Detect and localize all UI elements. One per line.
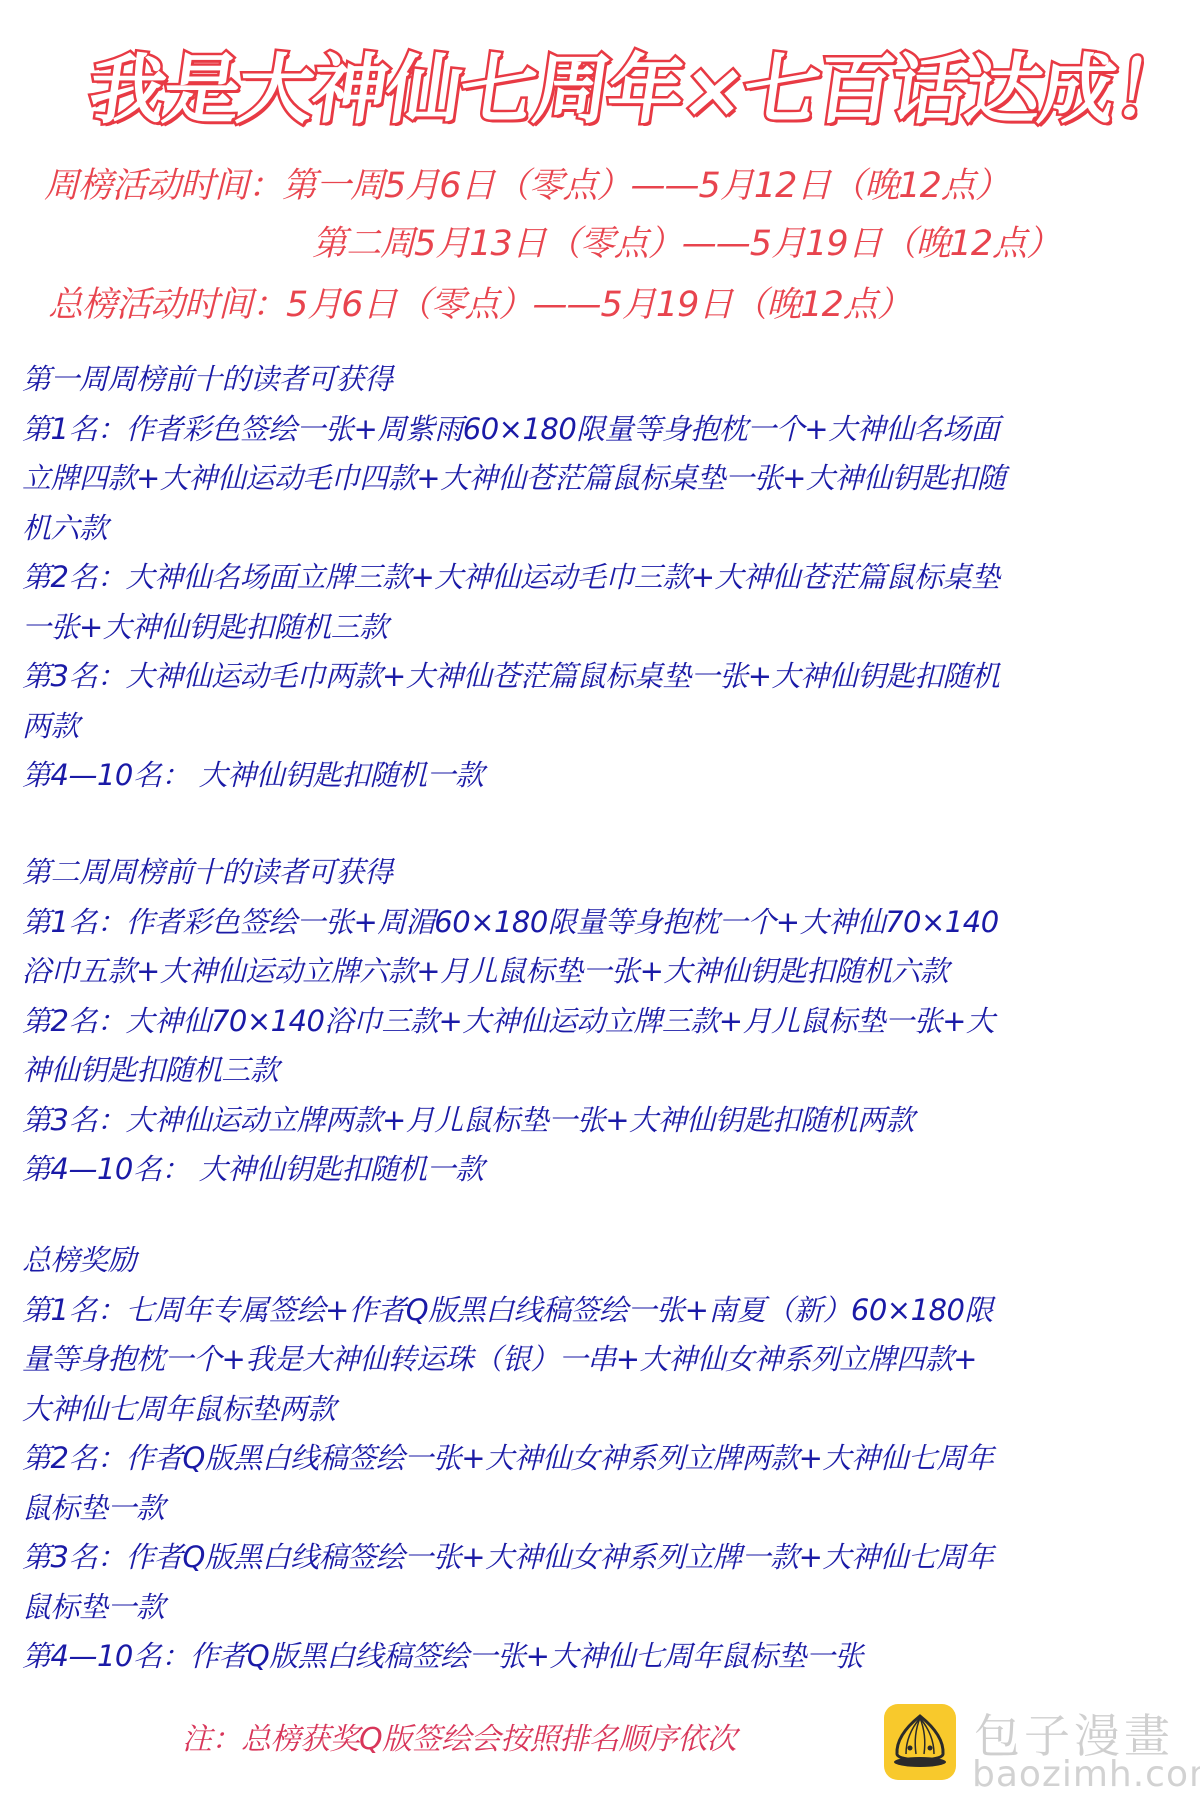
reward-line: 第1名：作者彩色签绘一张+周紫雨60×180限量等身抱枕一个+大神仙名场面 — [22, 405, 1182, 455]
watermark: 包子漫畫 baozimh.com — [884, 1704, 1194, 1804]
bun-logo-icon — [884, 1704, 956, 1780]
weekly-schedule-week1: 周榜活动时间：第一周5月6日（零点）——5月12日（晚12点） — [44, 164, 1009, 208]
week2-rewards-section: 第二周周榜前十的读者可获得 第1名：作者彩色签绘一张+周湄60×180限量等身抱… — [22, 848, 1182, 1195]
section-heading: 第一周周榜前十的读者可获得 — [22, 355, 1182, 405]
reward-line: 第4—10名： 大神仙钥匙扣随机一款 — [22, 1145, 1182, 1195]
section-heading: 总榜奖励 — [22, 1236, 1182, 1286]
reward-line: 鼠标垫一款 — [22, 1484, 1182, 1534]
weekly-schedule-label: 周榜活动时间： — [44, 166, 282, 206]
reward-line: 第2名：大神仙名场面立牌三款+大神仙运动毛巾三款+大神仙苍茫篇鼠标桌垫 — [22, 553, 1182, 603]
total-rewards-section: 总榜奖励 第1名：七周年专属签绘+作者Q版黑白线稿签绘一张+南夏（新）60×18… — [22, 1236, 1182, 1682]
reward-line: 鼠标垫一款 — [22, 1583, 1182, 1633]
reward-line: 立牌四款+大神仙运动毛巾四款+大神仙苍茫篇鼠标桌垫一张+大神仙钥匙扣随 — [22, 454, 1182, 504]
total-schedule: 总榜活动时间：5月6日（零点）——5月19日（晚12点） — [48, 283, 911, 327]
reward-line: 浴巾五款+大神仙运动立牌六款+月儿鼠标垫一张+大神仙钥匙扣随机六款 — [22, 947, 1182, 997]
reward-line: 第3名：作者Q版黑白线稿签绘一张+大神仙女神系列立牌一款+大神仙七周年 — [22, 1533, 1182, 1583]
footnote: 注：总榜获奖Q版签绘会按照排名顺序依次 — [182, 1714, 736, 1758]
reward-line: 第1名：七周年专属签绘+作者Q版黑白线稿签绘一张+南夏（新）60×180限 — [22, 1286, 1182, 1336]
week1-rewards-section: 第一周周榜前十的读者可获得 第1名：作者彩色签绘一张+周紫雨60×180限量等身… — [22, 355, 1182, 801]
week1-dates: 第一周5月6日（零点）——5月12日（晚12点） — [282, 166, 1009, 206]
reward-line: 第1名：作者彩色签绘一张+周湄60×180限量等身抱枕一个+大神仙70×140 — [22, 898, 1182, 948]
reward-line: 第3名：大神仙运动立牌两款+月儿鼠标垫一张+大神仙钥匙扣随机两款 — [22, 1096, 1182, 1146]
reward-line: 第2名：大神仙70×140浴巾三款+大神仙运动立牌三款+月儿鼠标垫一张+大 — [22, 997, 1182, 1047]
reward-line: 机六款 — [22, 504, 1182, 554]
total-schedule-label: 总榜活动时间： — [48, 285, 286, 325]
reward-line: 第3名：大神仙运动毛巾两款+大神仙苍茫篇鼠标桌垫一张+大神仙钥匙扣随机 — [22, 652, 1182, 702]
reward-line: 第2名：作者Q版黑白线稿签绘一张+大神仙女神系列立牌两款+大神仙七周年 — [22, 1434, 1182, 1484]
reward-line: 第4—10名：作者Q版黑白线稿签绘一张+大神仙七周年鼠标垫一张 — [22, 1632, 1182, 1682]
week2-dates: 第二周5月13日（零点）——5月19日（晚12点） — [312, 224, 1060, 264]
section-heading: 第二周周榜前十的读者可获得 — [22, 848, 1182, 898]
reward-line: 两款 — [22, 702, 1182, 752]
total-dates: 5月6日（零点）——5月19日（晚12点） — [286, 285, 911, 325]
reward-line: 神仙钥匙扣随机三款 — [22, 1046, 1182, 1096]
weekly-schedule-week2: 第二周5月13日（零点）——5月19日（晚12点） — [312, 222, 1060, 266]
reward-line: 第4—10名： 大神仙钥匙扣随机一款 — [22, 751, 1182, 801]
reward-line: 一张+大神仙钥匙扣随机三款 — [22, 603, 1182, 653]
reward-line: 大神仙七周年鼠标垫两款 — [22, 1385, 1182, 1435]
reward-line: 量等身抱枕一个+我是大神仙转运珠（银）一串+大神仙女神系列立牌四款+ — [22, 1335, 1182, 1385]
watermark-url: baozimh.com — [972, 1754, 1200, 1795]
page-title: 我是大神仙七周年×七百话达成！ — [83, 40, 1157, 140]
